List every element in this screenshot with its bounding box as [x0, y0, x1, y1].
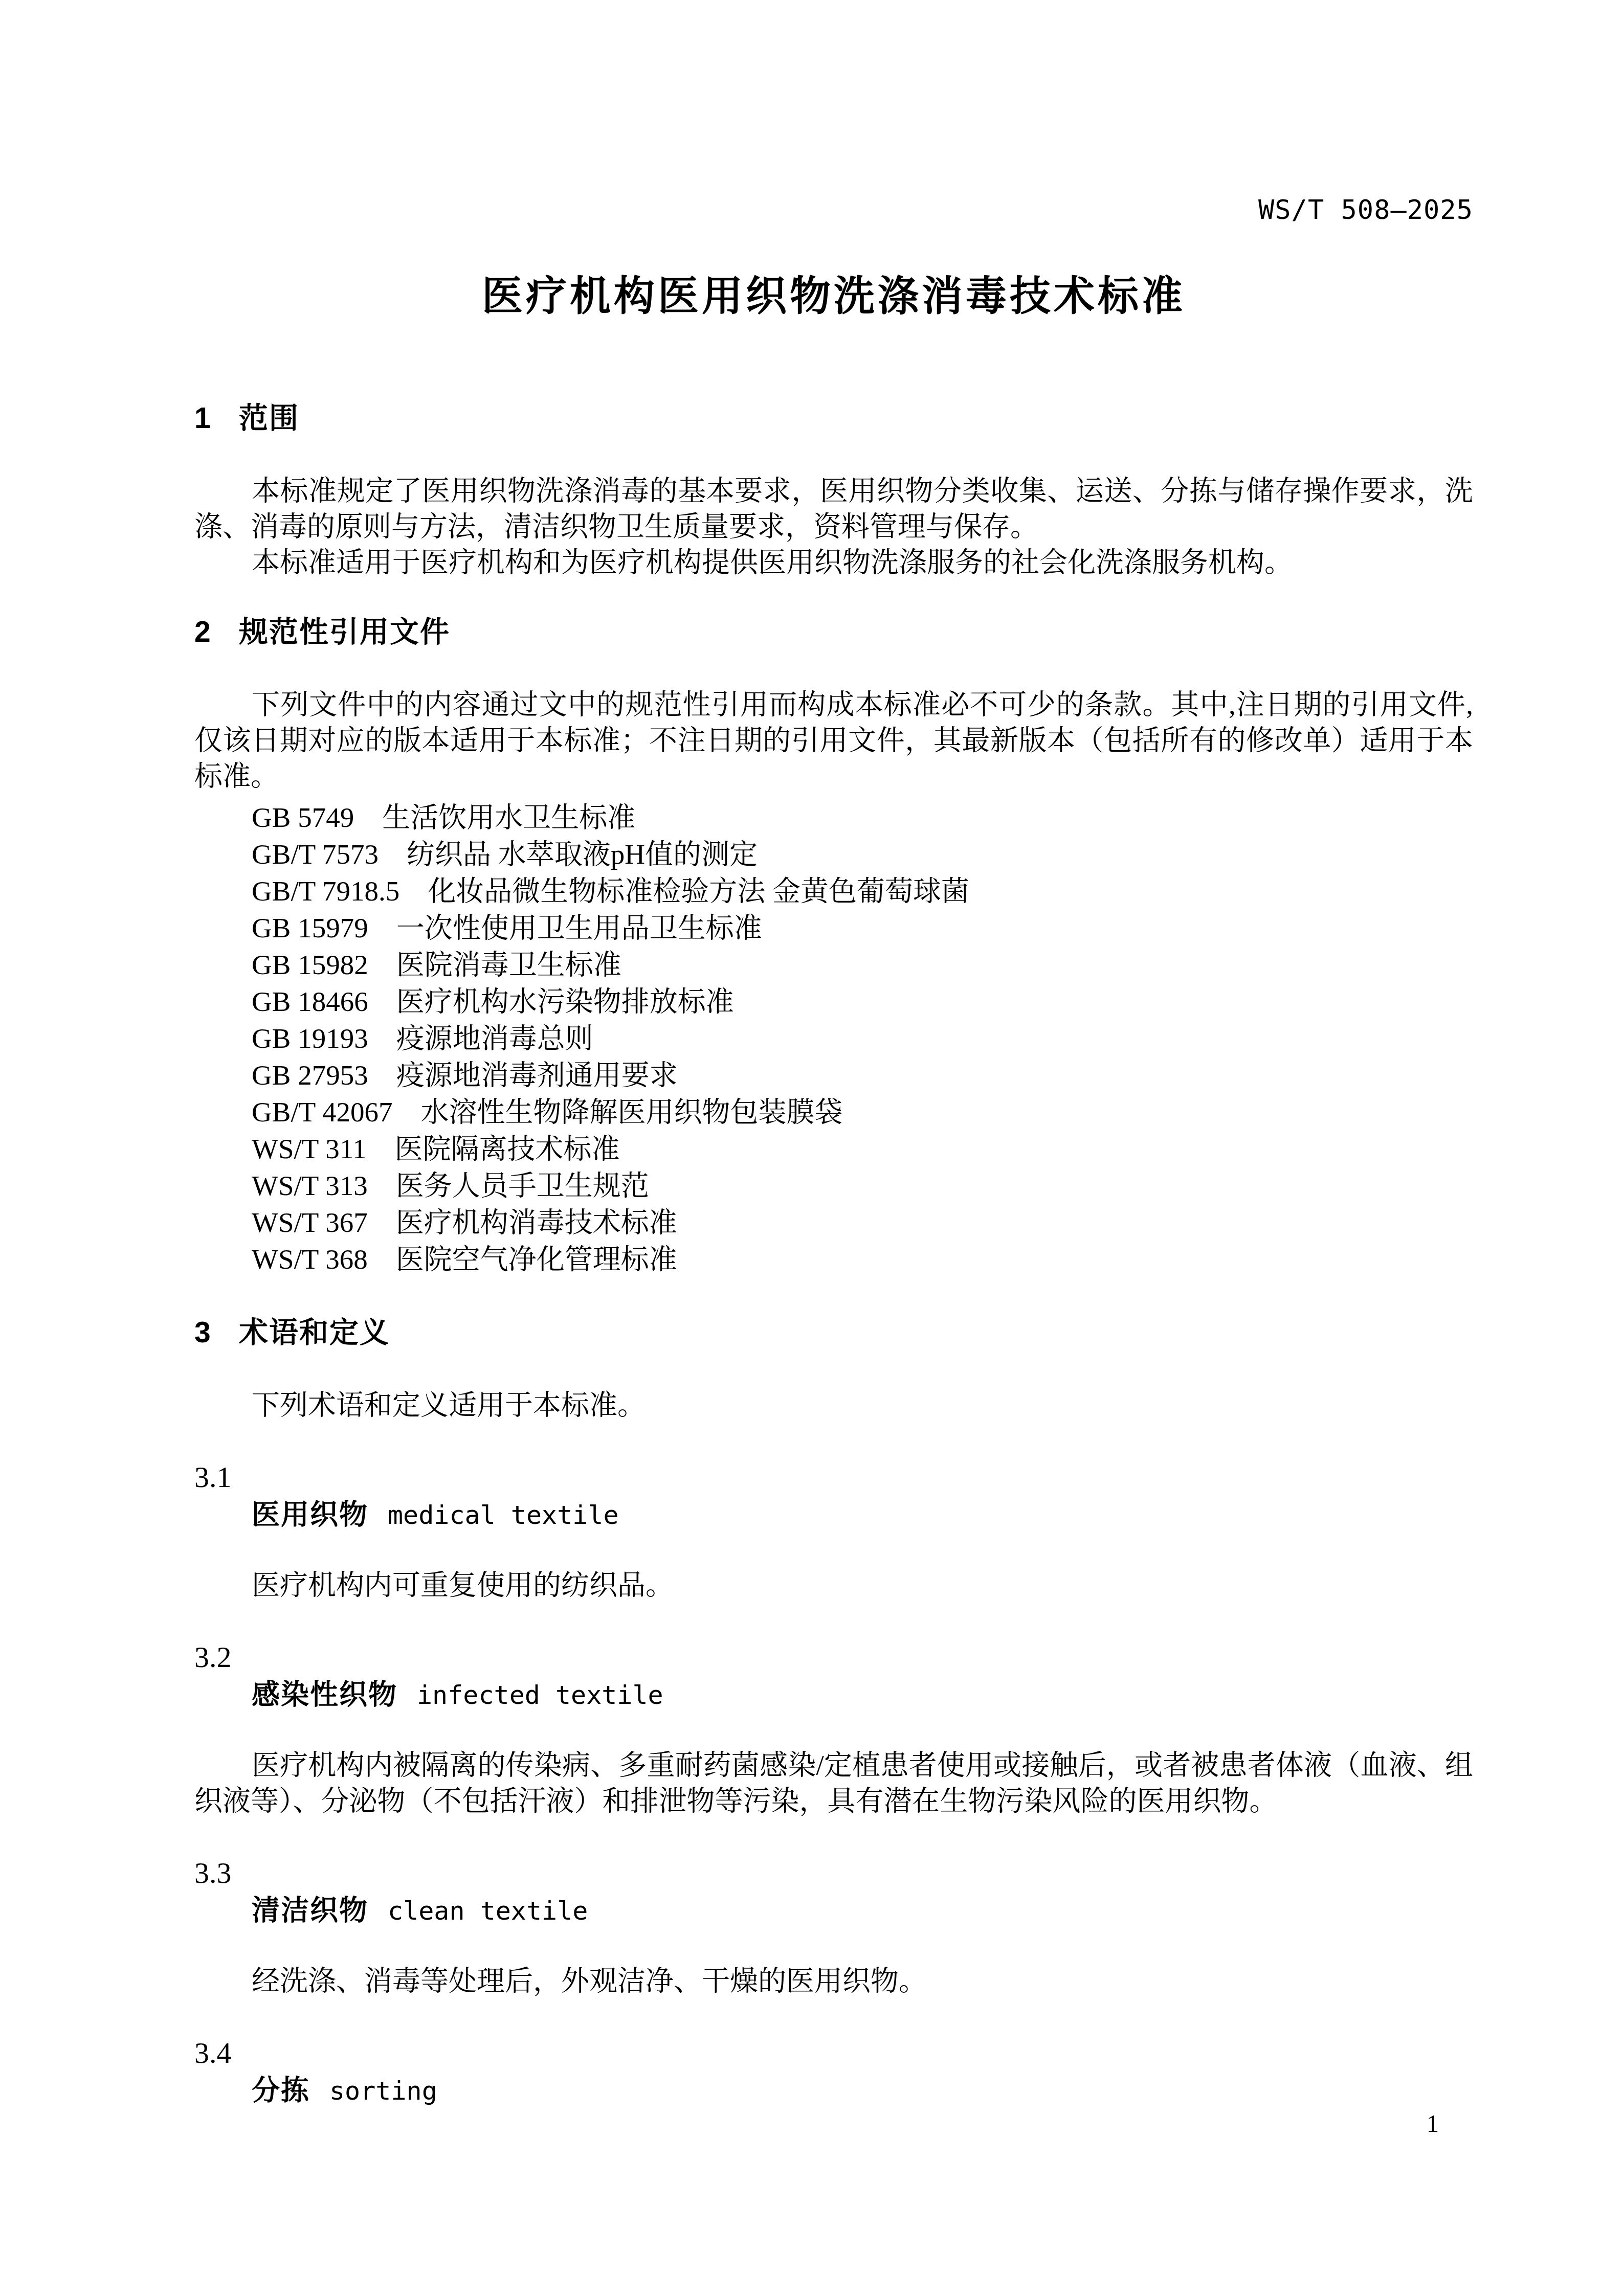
reference-code: GB/T 42067	[252, 1094, 393, 1131]
term-name-en: clean textile	[388, 1896, 588, 1926]
reference-title: 医务人员手卫生规范	[396, 1170, 649, 1201]
term-definition: 医疗机构内可重复使用的纺织品。	[194, 1567, 1473, 1603]
term-number: 3.2	[194, 1641, 1473, 1673]
reference-list: GB 5749生活饮用水卫生标准 GB/T 7573纺织品 水萃取液pH值的测定…	[194, 799, 1473, 1278]
reference-code: GB 27953	[252, 1057, 368, 1094]
term-name: 感染性织物infected textile	[194, 1677, 1473, 1712]
reference-item: GB 5749生活饮用水卫生标准	[194, 799, 1473, 836]
normative-references-intro: 下列文件中的内容通过文中的规范性引用而构成本标准必不可少的条款。其中,注日期的引…	[194, 687, 1473, 794]
reference-title: 生活饮用水卫生标准	[382, 802, 635, 833]
term-name-zh: 分拣	[252, 2074, 310, 2106]
term-block-3-3: 3.3 清洁织物clean textile 经洗涤、消毒等处理后，外观洁净、干燥…	[194, 1857, 1473, 1999]
reference-title: 医院消毒卫生标准	[396, 949, 621, 980]
page-number: 1	[1427, 2111, 1439, 2137]
term-number: 3.4	[194, 2037, 1473, 2069]
term-number: 3.1	[194, 1461, 1473, 1493]
section-heading-normative-references: 2规范性引用文件	[194, 615, 1473, 649]
reference-code: GB 15979	[252, 910, 368, 947]
terms-intro: 下列术语和定义适用于本标准。	[194, 1387, 1473, 1423]
term-definition: 经洗涤、消毒等处理后，外观洁净、干燥的医用织物。	[194, 1963, 1473, 1999]
reference-code: GB 19193	[252, 1020, 368, 1057]
scope-paragraph-1: 本标准规定了医用织物洗涤消毒的基本要求，医用织物分类收集、运送、分拣与储存操作要…	[194, 473, 1473, 545]
section-number: 2	[194, 615, 239, 649]
reference-item: GB 15979一次性使用卫生用品卫生标准	[194, 910, 1473, 947]
reference-title: 一次性使用卫生用品卫生标准	[396, 912, 762, 943]
reference-code: GB/T 7573	[252, 836, 379, 873]
reference-code: WS/T 313	[252, 1167, 368, 1204]
reference-title: 化妆品微生物标准检验方法 金黄色葡萄球菌	[428, 875, 969, 907]
reference-item: WS/T 313医务人员手卫生规范	[194, 1167, 1473, 1204]
reference-title: 医院隔离技术标准	[395, 1133, 620, 1164]
term-name: 医用织物medical textile	[194, 1497, 1473, 1532]
doc-code: WS/T 508—2025	[194, 0, 1473, 224]
reference-code: WS/T 368	[252, 1241, 368, 1278]
reference-title: 疫源地消毒剂通用要求	[396, 1060, 678, 1091]
reference-item: GB/T 7918.5化妆品微生物标准检验方法 金黄色葡萄球菌	[194, 873, 1473, 910]
term-name-en: medical textile	[388, 1500, 619, 1530]
reference-title: 水溶性生物降解医用织物包装膜袋	[421, 1096, 843, 1128]
term-name-en: sorting	[329, 2076, 437, 2106]
reference-title: 医疗机构水污染物排放标准	[396, 986, 734, 1017]
section-title: 术语和定义	[239, 1316, 390, 1349]
term-definition: 医疗机构内被隔离的传染病、多重耐药菌感染/定植患者使用或接触后，或者被患者体液（…	[194, 1747, 1473, 1819]
reference-code: GB/T 7918.5	[252, 873, 399, 910]
term-block-3-1: 3.1 医用织物medical textile 医疗机构内可重复使用的纺织品。	[194, 1461, 1473, 1603]
reference-item: GB/T 42067水溶性生物降解医用织物包装膜袋	[194, 1094, 1473, 1131]
reference-title: 纺织品 水萃取液pH值的测定	[407, 839, 758, 870]
reference-item: WS/T 367医疗机构消毒技术标准	[194, 1204, 1473, 1241]
term-name-zh: 医用织物	[252, 1498, 368, 1530]
term-name-zh: 感染性织物	[252, 1678, 397, 1710]
reference-item: GB 19193疫源地消毒总则	[194, 1020, 1473, 1057]
reference-item: WS/T 311医院隔离技术标准	[194, 1131, 1473, 1167]
reference-code: WS/T 311	[252, 1131, 367, 1167]
section-title: 规范性引用文件	[239, 616, 450, 648]
term-block-3-2: 3.2 感染性织物infected textile 医疗机构内被隔离的传染病、多…	[194, 1641, 1473, 1819]
section-number: 1	[194, 401, 239, 435]
term-name: 清洁织物clean textile	[194, 1893, 1473, 1928]
reference-code: GB 15982	[252, 947, 368, 983]
term-block-3-4: 3.4 分拣sorting	[194, 2037, 1473, 2108]
reference-title: 疫源地消毒总则	[396, 1023, 593, 1054]
section-number: 3	[194, 1316, 239, 1349]
reference-item: GB/T 7573纺织品 水萃取液pH值的测定	[194, 836, 1473, 873]
section-heading-scope: 1范围	[194, 401, 1473, 435]
reference-code: WS/T 367	[252, 1204, 368, 1241]
reference-item: GB 15982医院消毒卫生标准	[194, 947, 1473, 983]
page-title: 医疗机构医用织物洗涤消毒技术标准	[194, 273, 1473, 320]
reference-code: GB 5749	[252, 799, 354, 836]
reference-item: GB 18466医疗机构水污染物排放标准	[194, 983, 1473, 1020]
section-title: 范围	[239, 402, 299, 435]
reference-code: GB 18466	[252, 983, 368, 1020]
reference-item: WS/T 368医院空气净化管理标准	[194, 1241, 1473, 1278]
section-heading-terms: 3术语和定义	[194, 1316, 1473, 1349]
term-name-en: infected textile	[417, 1680, 663, 1710]
scope-paragraph-2: 本标准适用于医疗机构和为医疗机构提供医用织物洗涤服务的社会化洗涤服务机构。	[194, 545, 1473, 580]
reference-title: 医疗机构消毒技术标准	[396, 1207, 677, 1238]
term-number: 3.3	[194, 1857, 1473, 1889]
term-name-zh: 清洁织物	[252, 1894, 368, 1926]
term-name: 分拣sorting	[194, 2073, 1473, 2108]
reference-title: 医院空气净化管理标准	[396, 1244, 677, 1275]
document-page: WS/T 508—2025 医疗机构医用织物洗涤消毒技术标准 1范围 本标准规定…	[0, 0, 1624, 2296]
reference-item: GB 27953疫源地消毒剂通用要求	[194, 1057, 1473, 1094]
